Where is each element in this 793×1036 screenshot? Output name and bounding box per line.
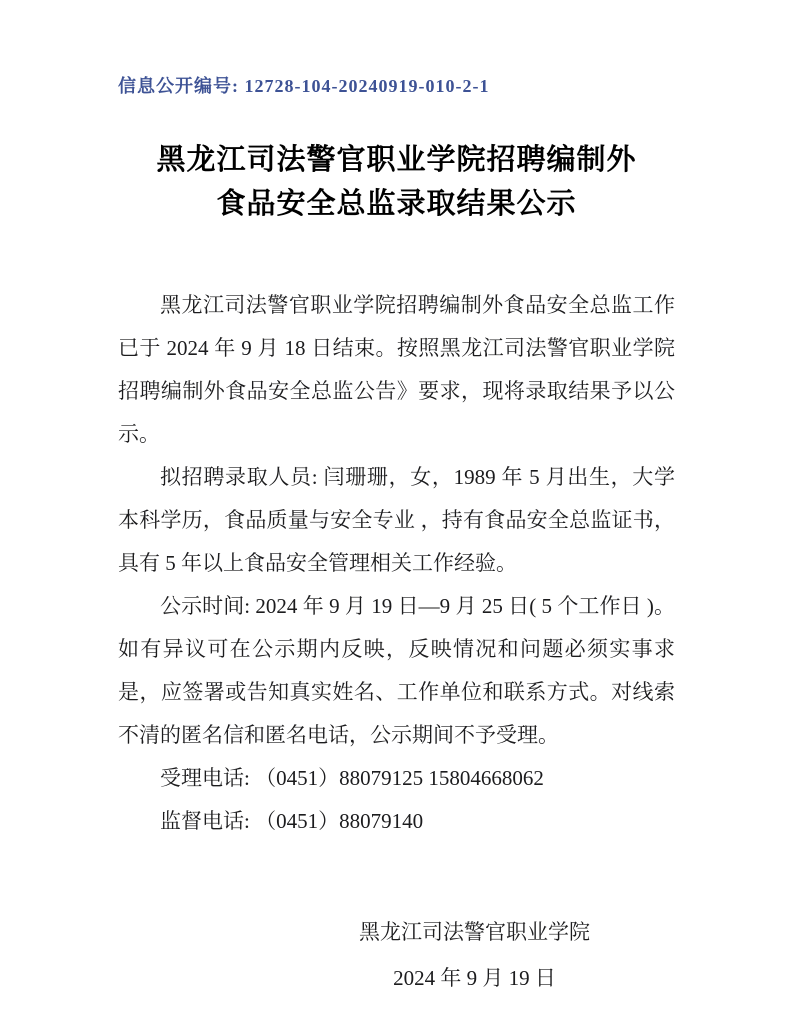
document-title: 黑龙江司法警官职业学院招聘编制外 食品安全总监录取结果公示 [118, 138, 675, 226]
document-title-line2: 食品安全总监录取结果公示 [118, 182, 675, 226]
signature-block: 黑龙江司法警官职业学院 2024 年 9 月 19 日 [196, 909, 753, 1001]
issuing-organization: 黑龙江司法警官职业学院 [196, 909, 753, 955]
paragraph-publicity-period: 公示时间: 2024 年 9 月 19 日—9 月 25 日( 5 个工作日 )… [118, 585, 675, 757]
document-title-line1: 黑龙江司法警官职业学院招聘编制外 [118, 138, 675, 182]
supervision-phone-line: 监督电话: （0451）88079140 [118, 800, 675, 843]
acceptance-phone-line: 受理电话: （0451）88079125 15804668062 [118, 757, 675, 800]
document-page: 信息公开编号: 12728-104-20240919-010-2-1 黑龙江司法… [0, 0, 793, 1036]
paragraph-recruitment-result: 黑龙江司法警官职业学院招聘编制外食品安全总监工作已于 2024 年 9 月 18… [118, 284, 675, 456]
document-body: 黑龙江司法警官职业学院招聘编制外食品安全总监工作已于 2024 年 9 月 18… [118, 284, 675, 843]
info-disclosure-number: 信息公开编号: 12728-104-20240919-010-2-1 [118, 72, 675, 100]
contact-lines: 受理电话: （0451）88079125 15804668062 监督电话: （… [118, 757, 675, 843]
issue-date: 2024 年 9 月 19 日 [196, 955, 753, 1001]
paragraph-candidate-info: 拟招聘录取人员: 闫珊珊，女，1989 年 5 月出生，大学本科学历，食品质量与… [118, 456, 675, 585]
